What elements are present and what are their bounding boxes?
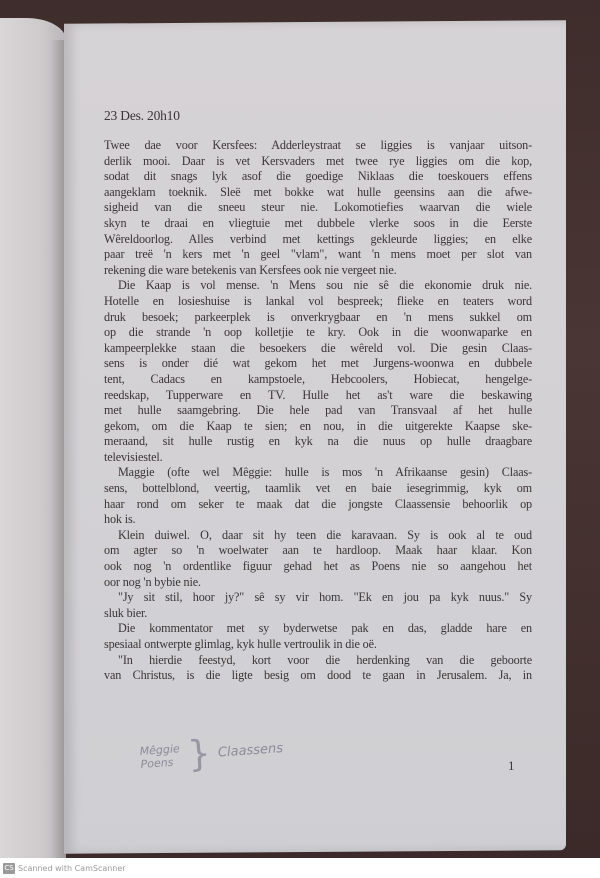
text-line: hok is. — [104, 512, 532, 528]
text-line: Klein duiwel. O, daar sit hy teen die ka… — [104, 528, 532, 544]
page-number: 1 — [508, 758, 515, 774]
text-line: aangeklam toeknik. Sleë met bokke wat hu… — [104, 185, 532, 201]
annotation-surname: Claassens — [217, 742, 283, 760]
diary-heading: 23 Des. 20h10 — [104, 108, 532, 124]
text-line: sens, bottelblond, veertig, taamlik vet … — [104, 481, 532, 497]
annotation-name: Poens — [140, 756, 174, 771]
camscanner-logo-icon: CS — [3, 863, 15, 874]
text-line: van Christus, is die ligte besig om dood… — [104, 668, 532, 684]
text-line: spesiaal ontwerpte glimlag, kyk hulle ve… — [104, 637, 532, 653]
text-line: sens is onder dié wat gekom het met Jurg… — [104, 356, 532, 372]
text-line: sluk bier. — [104, 606, 532, 622]
scanner-watermark: Scanned with CamScanner — [18, 864, 126, 873]
text-body: Twee dae voor Kersfees: Adderleystraat s… — [104, 138, 532, 684]
text-line: met hulle saamgebring. Die hele pad van … — [104, 403, 532, 419]
text-line: sodat dit snags lyk asof die goedige Nik… — [104, 169, 532, 185]
text-line: derlik mooi. Daar is vet Kersvaders met … — [104, 154, 532, 170]
text-line: televisiestel. — [104, 450, 532, 466]
text-line: tent, Cadacs en kampstoele, Hebcoolers, … — [104, 372, 532, 388]
text-line: op die strande 'n oop kolletjie te kry. … — [104, 325, 532, 341]
text-line: gekom, om die Kaap te sien; en nou, in d… — [104, 419, 532, 435]
text-line: "In hierdie feestyd, kort voor die herde… — [104, 653, 532, 669]
page-text: 23 Des. 20h10 Twee dae voor Kersfees: Ad… — [104, 108, 532, 684]
text-line: ook nog 'n ordentlike figuur gehad het a… — [104, 559, 532, 575]
text-line: oor nog 'n bybie nie. — [104, 575, 532, 591]
text-line: rekening die ware betekenis van Kersfees… — [104, 263, 532, 279]
scanner-footer: CS Scanned with CamScanner — [0, 858, 600, 878]
text-line: sigheid van die sneeu steur nie. Lokomot… — [104, 200, 532, 216]
text-line: skyn te draai en vliegtuie met dubbele v… — [104, 216, 532, 232]
text-line: om agter so 'n woelwater aan te hardloop… — [104, 543, 532, 559]
text-line: meraand, sit hulle rustig en kyk na die … — [104, 434, 532, 450]
text-line: "Jy sit stil, hoor jy?" sê sy vir hom. "… — [104, 590, 532, 606]
text-line: paar treë 'n kers met 'n geel "vlam", wa… — [104, 247, 532, 263]
text-line: reedskap, Tupperware en TV. Hulle het as… — [104, 388, 532, 404]
brace-mark: } — [187, 747, 211, 762]
text-line: Hotelle en losieshuise is lankal vol bes… — [104, 294, 532, 310]
text-line: druk besoek; parkeerplek is onverkrygbaa… — [104, 310, 532, 326]
book-photo: 23 Des. 20h10 Twee dae voor Kersfees: Ad… — [0, 0, 600, 858]
text-line: Die kommentator met sy byderwetse pak en… — [104, 621, 532, 637]
text-line: haar rond om seker te maak dat die jongs… — [104, 497, 532, 513]
text-line: Maggie (ofte wel Mêggie: hulle is mos 'n… — [104, 465, 532, 481]
annotation-names: Mêggie Poens — [139, 742, 181, 771]
text-line: Die Kaap is vol mense. 'n Mens sou nie s… — [104, 278, 532, 294]
text-line: kampeerplekke staan die besoekers die wê… — [104, 341, 532, 357]
text-line: Twee dae voor Kersfees: Adderleystraat s… — [104, 138, 532, 154]
text-line: Wêreldoorlog. Alles verbind met kettings… — [104, 232, 532, 248]
